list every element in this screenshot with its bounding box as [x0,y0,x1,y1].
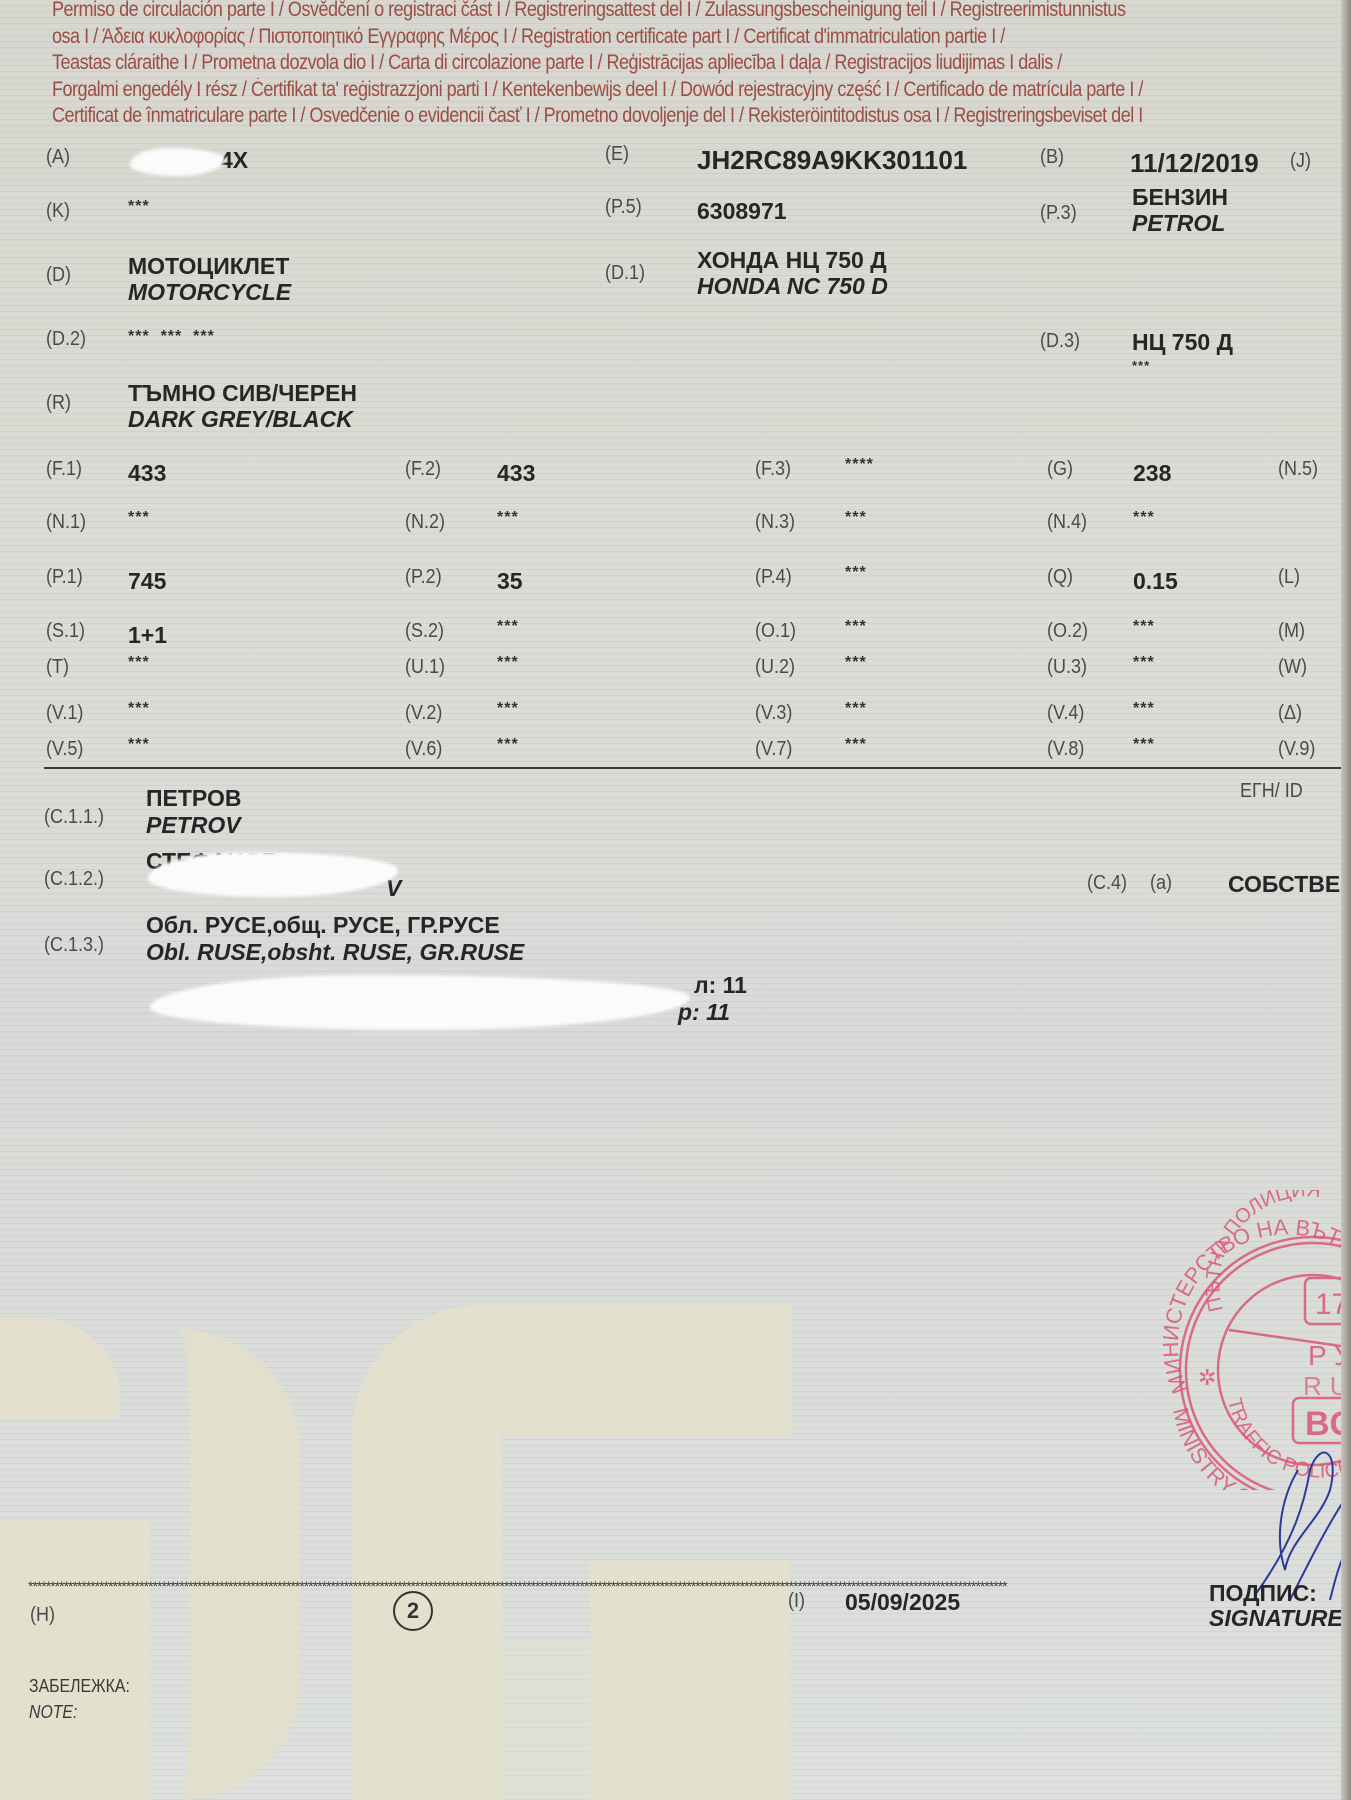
page-edge [1341,0,1351,1800]
grid-field-value: *** [128,509,150,527]
field-C4-label: (C.4) [1087,872,1131,895]
grid-field-label: (S.1) [46,620,89,643]
multilingual-header: Permiso de circulación parte I / Osvědče… [52,0,1282,130]
section-divider [44,767,1351,769]
grid-field-value: *** [1133,618,1155,636]
field-J-label: (J) [1290,150,1313,173]
field-R-value: ТЪМНО СИВ/ЧЕРЕН DARK GREY/BLACK [128,380,357,432]
field-E-label: (E) [605,143,632,166]
field-R-label: (R) [46,392,74,415]
grid-field-label: (N.2) [405,511,449,534]
field-K-label: (K) [46,200,73,223]
header-line: Teastas cláraithe I / Prometna dozvola d… [52,50,1110,77]
grid-field-label: (G) [1047,458,1076,481]
field-C13-value: Обл. РУСЕ,общ. РУСЕ, ГР.РУСЕ Obl. RUSE,o… [146,912,524,966]
grid-field-label: (L) [1278,566,1302,589]
grid-field-label: (V.6) [405,738,447,761]
field-A-label: (A) [46,146,73,169]
grid-field-value: 238 [1133,460,1171,487]
grid-field-value: *** [845,564,867,582]
grid-field-value: 433 [497,460,535,487]
field-D3-label: (D.3) [1040,330,1084,353]
field-B-date: 11/12/2019 [1130,148,1259,179]
grid-field-label: (F.1) [46,458,86,481]
grid-field-label: (T) [46,656,72,679]
grid-field-value: **** [845,456,874,474]
field-C13-label: (C.1.3.) [44,934,111,957]
grid-field-value: *** [1133,509,1155,527]
grid-field-label: (Q) [1047,566,1076,589]
field-C12-label: (C.1.2.) [44,868,111,891]
field-P3-value: БЕНЗИН PETROL [1132,184,1228,236]
grid-field-label: (V.2) [405,702,447,725]
grid-field-label: (P.2) [405,566,446,589]
field-D1-label: (D.1) [605,262,649,285]
grid-field-label: (V.5) [46,738,88,761]
grid-field-value: 433 [128,460,166,487]
field-I-date: 05/09/2025 [845,1589,960,1616]
grid-field-value: *** [1133,700,1155,718]
grid-field-label: (U.2) [755,656,799,679]
grid-field-value: 35 [497,568,523,595]
grid-field-label: (V.3) [755,702,797,725]
grid-field-label: (M) [1278,620,1308,643]
handwritten-signature [1210,1340,1351,1600]
grid-field-value: *** [497,509,519,527]
field-D-value: МОТОЦИКЛЕТ MOTORCYCLE [128,253,291,305]
field-E-vin: JH2RC89A9KK301101 [697,145,967,176]
grid-field-label: (V.7) [755,738,797,761]
field-D-label: (D) [46,264,74,287]
header-line: Permiso de circulación parte I / Osvědče… [52,0,1110,24]
header-line: Certificat de înmatriculare parte I / Os… [52,103,1110,130]
grid-field-label: (V.8) [1047,738,1089,761]
field-D2-label: (D.2) [46,328,90,351]
grid-field-label: (F.3) [755,458,795,481]
grid-field-label: (N.3) [755,511,799,534]
asterisk-separator: ****************************************… [28,1581,1351,1591]
grid-field-value: 745 [128,568,166,595]
grid-field-label: (F.2) [405,458,445,481]
header-line: Forgalmi engedély I rész / Ċertifikat ta… [52,77,1110,104]
grid-field-value: *** [1133,654,1155,672]
field-P3-label: (P.3) [1040,202,1081,225]
grid-field-value: *** [845,509,867,527]
grid-field-value: *** [1133,736,1155,754]
grid-field-label: (N.5) [1278,458,1322,481]
header-line: osa I / Άδεια κυκλοφορίας / Πιστοποιητικ… [52,24,1110,51]
grid-field-label: (V.9) [1278,738,1320,761]
grid-field-value: *** [128,654,150,672]
grid-field-value: 0.15 [1133,568,1178,595]
field-C11-label: (C.1.1.) [44,806,111,829]
grid-field-value: *** [497,736,519,754]
grid-field-value: *** [497,654,519,672]
grid-field-label: (P.1) [46,566,87,589]
grid-field-label: (V.1) [46,702,88,725]
field-C4-value: СОБСТВЕНИ [1228,871,1351,898]
field-I-label: (I) [788,1590,807,1613]
egn-id-label: ЕГН/ ID [1240,780,1310,803]
field-K-value: *** [128,198,150,216]
grid-field-value: *** [497,618,519,636]
grid-field-value: *** [845,736,867,754]
grid-field-label: (O.2) [1047,620,1093,643]
field-D1-value: ХОНДА НЦ 750 Д HONDA NC 750 D [697,247,888,299]
grid-field-value: *** [845,654,867,672]
grid-field-label: (O.1) [755,620,801,643]
note-label: ЗАБЕЛЕЖКА: NOTE: [29,1673,144,1725]
field-C11-value: ПЕТРОВ PETROV [146,785,241,839]
grid-field-label: (N.1) [46,511,90,534]
field-D3-value: НЦ 750 Д *** [1132,330,1233,378]
grid-field-value: *** [845,700,867,718]
grid-field-label: (U.1) [405,656,449,679]
grid-field-value: *** [497,700,519,718]
grid-field-value: 1+1 [128,622,167,649]
field-C4-sub: (a) [1150,872,1174,895]
grid-field-label: (V.4) [1047,702,1089,725]
grid-field-value: *** [128,736,150,754]
grid-field-label: (U.3) [1047,656,1091,679]
grid-field-label: (S.2) [405,620,448,643]
grid-field-label: (P.4) [755,566,796,589]
page-number-badge: 2 [393,1591,433,1631]
field-D2-value: *** *** *** [128,328,215,346]
signature-label: ПОДПИС: SIGNATURE [1209,1581,1343,1631]
grid-field-label: (W) [1278,656,1310,679]
field-P5-value: 6308971 [697,198,787,225]
field-P5-label: (P.5) [605,196,646,219]
grid-field-value: *** [845,618,867,636]
grid-field-value: *** [128,700,150,718]
field-H-label: (H) [30,1604,58,1627]
field-B-label: (B) [1040,146,1067,169]
grid-field-label: (Δ) [1278,702,1305,725]
grid-field-label: (N.4) [1047,511,1091,534]
